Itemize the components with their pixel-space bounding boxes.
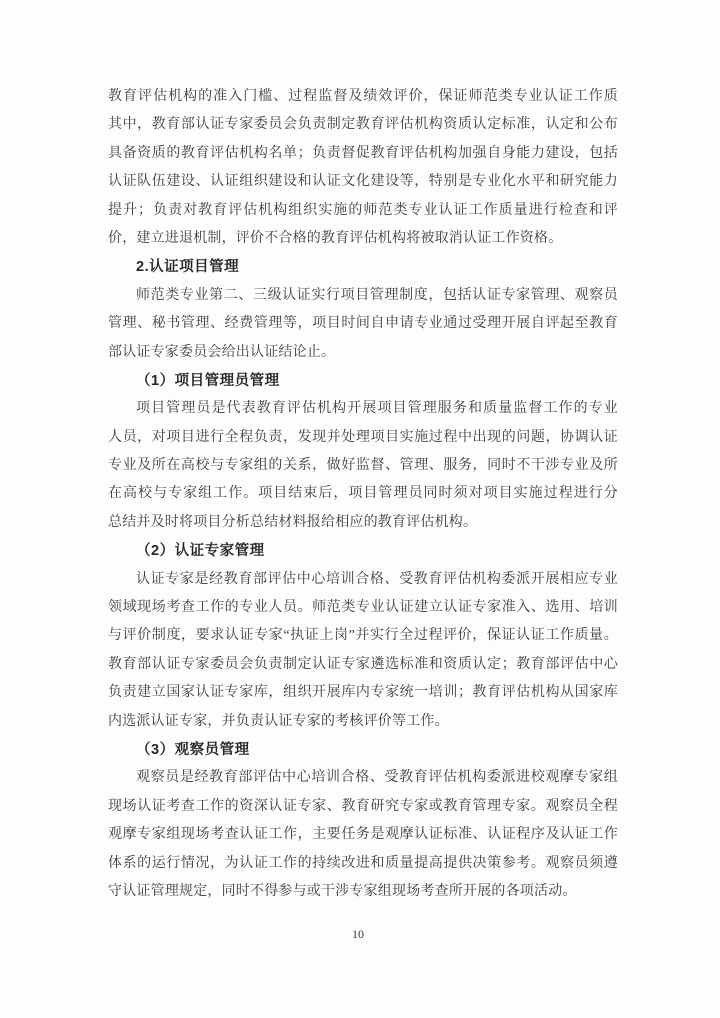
text-line: 项目管理员是代表教育评估机构开展项目管理服务和质量监督工作的专业 [108, 395, 618, 423]
document-page: 教育评估机构的准入门槛、过程监督及绩效评价，保证师范类专业认证工作质量。其中，教… [0, 0, 720, 1018]
text-line: 专业及所在高校与专家组的关系，做好监督、管理、服务，同时不干涉专业及所 [108, 452, 618, 480]
section-heading: （3）观察员管理 [108, 736, 618, 764]
text-line: 其中，教育部认证专家委员会负责制定教育评估机构资质认定标准，认定和公布 [108, 111, 618, 139]
text-line: 观察员是经教育部评估中心培训合格、受教育评估机构委派进校观摩专家组 [108, 764, 618, 792]
text-line: 观摩专家组现场考查认证工作，主要任务是观摩认证标准、认证程序及认证工作 [108, 821, 618, 849]
text-line: 认证专家是经教育部评估中心培训合格、受教育评估机构委派开展相应专业 [108, 566, 618, 594]
text-line: 提升；负责对教育评估机构组织实施的师范类专业认证工作质量进行检查和评 [108, 197, 618, 225]
section-heading: （2）认证专家管理 [108, 537, 618, 565]
text-line: 教育部认证专家委员会负责制定认证专家遴选标准和资质认定；教育部评估中心 [108, 651, 618, 679]
text-line: 总结并及时将项目分析总结材料报给相应的教育评估机构。 [108, 509, 618, 537]
text-line: 师范类专业第二、三级认证实行项目管理制度，包括认证专家管理、观察员 [108, 282, 618, 310]
text-line: 现场认证考查工作的资深认证专家、教育研究专家或教育管理专家。观察员全程 [108, 793, 618, 821]
text-line: 部认证专家委员会给出认证结论止。 [108, 339, 618, 367]
page-number: 10 [0, 922, 716, 946]
document-body: 教育评估机构的准入门槛、过程监督及绩效评价，保证师范类专业认证工作质量。其中，教… [108, 83, 618, 906]
section-heading: 2.认证项目管理 [108, 253, 618, 281]
text-line: 管理、秘书管理、经费管理等，项目时间自申请专业通过受理开展自评起至教育 [108, 310, 618, 338]
text-line: 守认证管理规定，同时不得参与或干涉专家组现场考查所开展的各项活动。 [108, 878, 618, 906]
text-line: 人员，对项目进行全程负责，发现并处理项目实施过程中出现的问题，协调认证 [108, 424, 618, 452]
text-line: 价，建立进退机制，评价不合格的教育评估机构将被取消认证工作资格。 [108, 225, 618, 253]
text-line: 内选派认证专家，并负责认证专家的考核评价等工作。 [108, 708, 618, 736]
text-line: 认证队伍建设、认证组织建设和认证文化建设等，特别是专业化水平和研究能力 [108, 168, 618, 196]
text-line: 负责建立国家认证专家库，组织开展库内专家统一培训；教育评估机构从国家库 [108, 679, 618, 707]
text-line: 体系的运行情况，为认证工作的持续改进和质量提高提供决策参考。观察员须遵 [108, 850, 618, 878]
text-line: 在高校与专家组工作。项目结束后，项目管理员同时须对项目实施过程进行分析、 [108, 480, 618, 508]
text-line: 与评价制度，要求认证专家“执证上岗”并实行全过程评价，保证认证工作质量。 [108, 622, 618, 650]
text-line: 具备资质的教育评估机构名单；负责督促教育评估机构加强自身能力建设，包括 [108, 140, 618, 168]
text-line: 领域现场考查工作的专业人员。师范类专业认证建立认证专家准入、选用、培训 [108, 594, 618, 622]
text-line: 教育评估机构的准入门槛、过程监督及绩效评价，保证师范类专业认证工作质量。 [108, 83, 618, 111]
section-heading: （1）项目管理员管理 [108, 367, 618, 395]
